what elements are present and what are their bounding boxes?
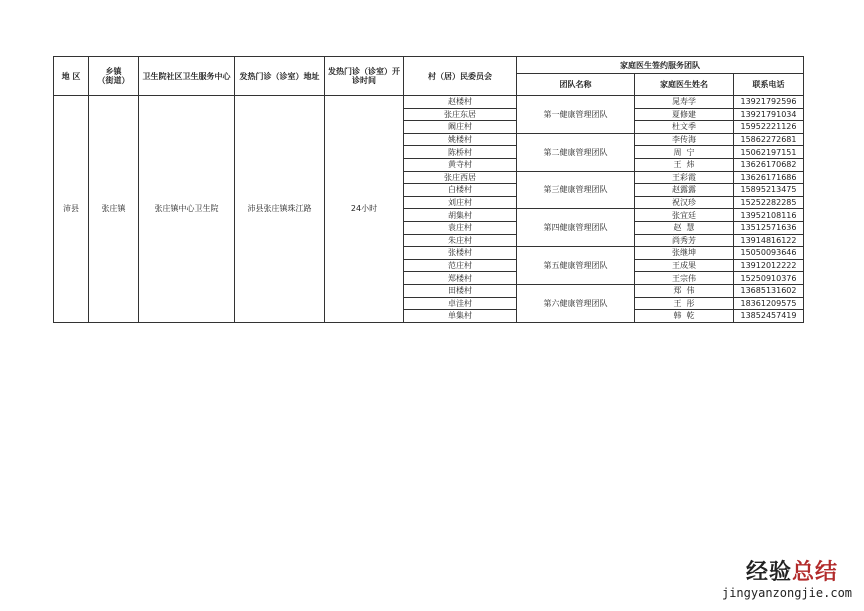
header-phone: 联系电话 — [734, 74, 804, 96]
header-fever-clinic-hours: 发热门诊（诊室）开诊时间 — [325, 57, 404, 96]
header-region: 地 区 — [54, 57, 89, 96]
cell-phone: 15062197151 — [734, 146, 804, 159]
cell-village: 陈桥村 — [404, 146, 517, 159]
cell-fever-clinic-address: 沛县张庄镇珠江路 — [235, 96, 325, 323]
cell-village: 张楼村 — [404, 247, 517, 260]
cell-team-name: 第三健康管理团队 — [517, 171, 635, 209]
cell-village: 朱庄村 — [404, 234, 517, 247]
header-doctor-name: 家庭医生姓名 — [635, 74, 734, 96]
cell-team-name: 第二健康管理团队 — [517, 133, 635, 171]
table-row: 沛县张庄镇张庄镇中心卫生院沛县张庄镇珠江路24小时赵楼村第一健康管理团队晁寿学1… — [54, 96, 804, 109]
cell-phone: 18361209575 — [734, 297, 804, 310]
cell-health-center: 张庄镇中心卫生院 — [139, 96, 235, 323]
cell-phone: 13921791034 — [734, 108, 804, 121]
header-township: 乡镇 （街道） — [89, 57, 139, 96]
cell-doctor-name: 王彩霞 — [635, 171, 734, 184]
cell-team-name: 第四健康管理团队 — [517, 209, 635, 247]
cell-doctor-name: 祝汉珍 — [635, 196, 734, 209]
watermark-title-part2: 总结 — [792, 560, 838, 585]
cell-village: 赵楼村 — [404, 96, 517, 109]
cell-village: 阚庄村 — [404, 121, 517, 134]
cell-village: 黄寺村 — [404, 158, 517, 171]
header-village-committee: 村（居）民委员会 — [404, 57, 517, 96]
family-doctor-roster-table: 地 区 乡镇 （街道） 卫生院社区卫生服务中心 发热门诊（诊室）地址 发热门诊（… — [53, 56, 804, 323]
cell-doctor-name: 王 炜 — [635, 158, 734, 171]
cell-village: 姚楼村 — [404, 133, 517, 146]
cell-village: 袁庄村 — [404, 221, 517, 234]
cell-phone: 13952108116 — [734, 209, 804, 222]
cell-doctor-name: 韩 乾 — [635, 310, 734, 323]
cell-doctor-name: 李传海 — [635, 133, 734, 146]
cell-doctor-name: 夏修建 — [635, 108, 734, 121]
cell-doctor-name: 晁寿学 — [635, 96, 734, 109]
cell-doctor-name: 王成果 — [635, 259, 734, 272]
cell-fever-clinic-hours: 24小时 — [325, 96, 404, 323]
cell-phone: 15862272681 — [734, 133, 804, 146]
cell-phone: 13912012222 — [734, 259, 804, 272]
cell-doctor-name: 赵 慧 — [635, 221, 734, 234]
roster-body: 沛县张庄镇张庄镇中心卫生院沛县张庄镇珠江路24小时赵楼村第一健康管理团队晁寿学1… — [54, 96, 804, 323]
cell-doctor-name: 杜文季 — [635, 121, 734, 134]
cell-doctor-name: 尚秀芳 — [635, 234, 734, 247]
cell-phone: 13626171686 — [734, 171, 804, 184]
cell-doctor-name: 赵露露 — [635, 184, 734, 197]
cell-doctor-name: 张宜廷 — [635, 209, 734, 222]
watermark-title: 经验总结 — [722, 560, 862, 586]
cell-phone: 15895213475 — [734, 184, 804, 197]
header-health-center: 卫生院社区卫生服务中心 — [139, 57, 235, 96]
cell-doctor-name: 郑 伟 — [635, 284, 734, 297]
cell-team-name: 第六健康管理团队 — [517, 284, 635, 322]
cell-phone: 15952221126 — [734, 121, 804, 134]
cell-phone: 13626170682 — [734, 158, 804, 171]
cell-doctor-name: 张继坤 — [635, 247, 734, 260]
cell-township: 张庄镇 — [89, 96, 139, 323]
cell-phone: 13921792596 — [734, 96, 804, 109]
cell-phone: 15050093646 — [734, 247, 804, 260]
header-family-doctor-team-group: 家庭医生签约服务团队 — [517, 57, 804, 74]
cell-village: 张庄东居 — [404, 108, 517, 121]
cell-doctor-name: 周 宁 — [635, 146, 734, 159]
cell-village: 刘庄村 — [404, 196, 517, 209]
cell-village: 张庄西居 — [404, 171, 517, 184]
cell-village: 胡集村 — [404, 209, 517, 222]
cell-village: 白楼村 — [404, 184, 517, 197]
cell-doctor-name: 王 彤 — [635, 297, 734, 310]
cell-phone: 15252282285 — [734, 196, 804, 209]
cell-team-name: 第五健康管理团队 — [517, 247, 635, 285]
cell-team-name: 第一健康管理团队 — [517, 96, 635, 134]
header-fever-clinic-address: 发热门诊（诊室）地址 — [235, 57, 325, 96]
cell-village: 田楼村 — [404, 284, 517, 297]
cell-village: 郑楼村 — [404, 272, 517, 285]
cell-region: 沛县 — [54, 96, 89, 323]
watermark: 经验总结 jingyanzongjie.com — [722, 560, 862, 600]
cell-phone: 13685131602 — [734, 284, 804, 297]
cell-phone: 13914816122 — [734, 234, 804, 247]
cell-village: 单集村 — [404, 310, 517, 323]
cell-phone: 13512571636 — [734, 221, 804, 234]
cell-phone: 13852457419 — [734, 310, 804, 323]
watermark-title-part1: 经验 — [746, 560, 792, 585]
cell-phone: 15250910376 — [734, 272, 804, 285]
header-team-name: 团队名称 — [517, 74, 635, 96]
cell-village: 范庄村 — [404, 259, 517, 272]
watermark-url: jingyanzongjie.com — [712, 586, 862, 600]
cell-village: 卓洼村 — [404, 297, 517, 310]
cell-doctor-name: 王宗伟 — [635, 272, 734, 285]
